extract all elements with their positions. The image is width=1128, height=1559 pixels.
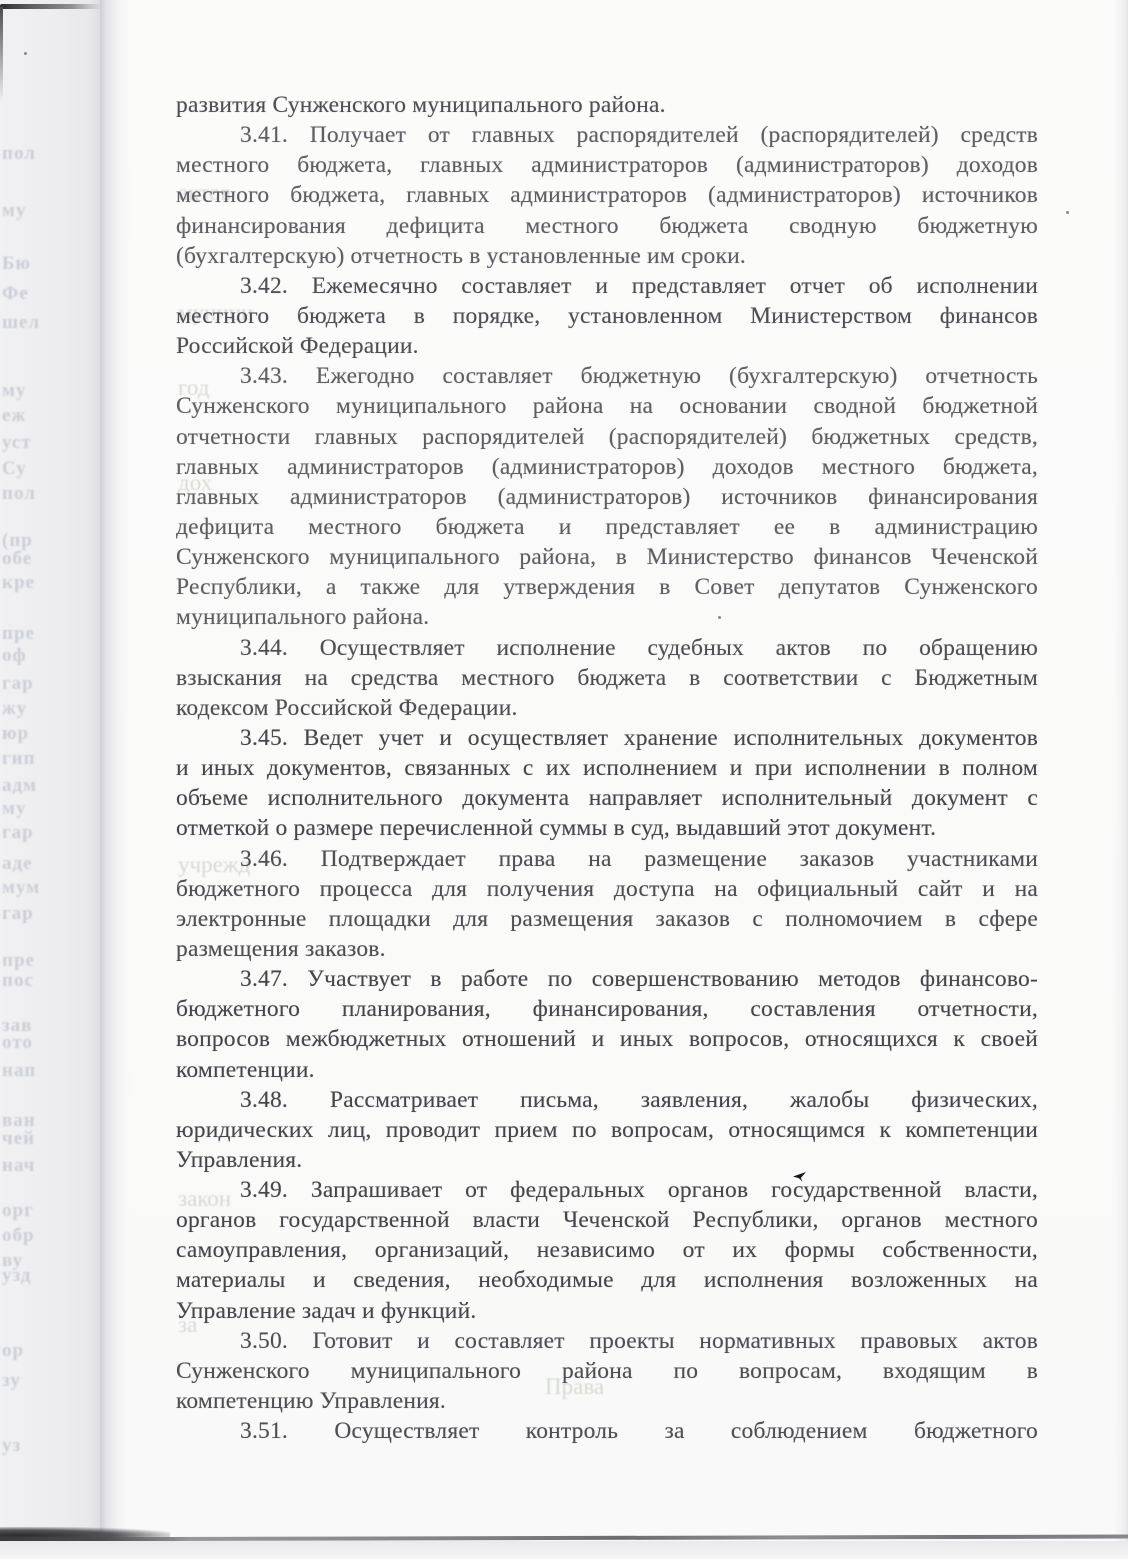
text-line: Сунженского муниципального района на осн… (176, 391, 1038, 421)
margin-bleed-fragment: мум (2, 877, 40, 899)
margin-bleed-fragment: пос (2, 970, 34, 992)
margin-bleed-fragment: жу (2, 698, 27, 720)
text-line: взыскания на средства местного бюджета в… (176, 663, 1038, 693)
margin-bleed-fragment: кре (2, 572, 35, 594)
text-line: вопросов межбюджетных отношений и иных в… (176, 1024, 1038, 1054)
margin-bleed-fragment: ор (2, 1340, 24, 1362)
margin-bleed-fragment: адм (2, 775, 37, 797)
text-line: 3.48. Рассматривает письма, заявления, ж… (176, 1085, 1038, 1115)
margin-bleed-fragment: юр (2, 723, 29, 745)
margin-bleed-fragment: уст (2, 432, 32, 454)
margin-bleed-fragment: Фе (2, 283, 29, 305)
text-line: кодексом Российской Федерации. (176, 693, 1038, 723)
speck-artifact (24, 52, 27, 55)
text-line: местного бюджета, главных администраторо… (176, 150, 1038, 180)
text-line: Управление задач и функций. (176, 1296, 1038, 1326)
margin-bleed-fragment: гар (2, 822, 34, 844)
text-line: бюджетного планирования, финансирования,… (176, 994, 1038, 1024)
text-line: (бухгалтерскую) отчетность в установленн… (176, 241, 1038, 271)
scan-top-edge-line (0, 4, 102, 9)
text-line: размещения заказов. (176, 934, 1038, 964)
page-right-edge-shading (1114, 0, 1128, 1559)
margin-bleed-fragment: пол (2, 143, 36, 165)
text-line: финансирования дефицита местного бюджета… (176, 211, 1038, 241)
text-line: отчетности главных распорядителей (распо… (176, 422, 1038, 452)
margin-bleed-fragment: еж (2, 405, 26, 427)
margin-bleed-fragment: зу (2, 1370, 21, 1392)
document-text: развития Сунженского муниципального райо… (176, 90, 1038, 1446)
text-line: 3.47. Участвует в работе по совершенство… (176, 964, 1038, 994)
text-line: главных администраторов (администраторов… (176, 452, 1038, 482)
speck-artifact (1066, 211, 1069, 214)
text-line: электронные площадки для размещения зака… (176, 904, 1038, 934)
margin-bleed-fragment: нач (2, 1155, 35, 1177)
margin-bleed-fragment: чей (2, 1128, 35, 1150)
text-line: 3.43. Ежегодно составляет бюджетную (бух… (176, 361, 1038, 391)
text-line: 3.45. Ведет учет и осуществляет хранение… (176, 723, 1038, 753)
text-line: Сунженского муниципального района по воп… (176, 1356, 1038, 1386)
margin-bleed-fragment: шел (2, 312, 40, 334)
margin-bleed-fragment: Су (2, 458, 27, 480)
margin-bleed-fragment: пол (2, 483, 36, 505)
margin-bleed-fragment: гар (2, 903, 34, 925)
text-line: Российской Федерации. (176, 331, 1038, 361)
margin-bleed-fragment: му (2, 200, 26, 222)
text-line: компетенции. (176, 1055, 1038, 1085)
scan-left-edge-line (0, 7, 3, 102)
text-line: главных администраторов (администраторов… (176, 482, 1038, 512)
page-fold-shadow (100, 0, 130, 1559)
margin-bleed-fragment: му (2, 798, 26, 820)
margin-bleed-fragment: пре (2, 623, 35, 645)
margin-bleed-fragment: обе (2, 548, 32, 570)
text-line: бюджетного процесса для получения доступ… (176, 874, 1038, 904)
text-line: материалы и сведения, необходимые для ис… (176, 1265, 1038, 1295)
text-line: объеме исполнительного документа направл… (176, 783, 1038, 813)
text-line: отметкой о размере перечисленной суммы в… (176, 813, 1038, 843)
text-line: муниципального района. (176, 602, 1038, 632)
scan-bottom-strip (0, 1541, 1128, 1559)
text-line: 3.51. Осуществляет контроль за соблюдени… (176, 1416, 1038, 1446)
text-line: развития Сунженского муниципального райо… (176, 90, 1038, 120)
speck-artifact (718, 616, 721, 619)
text-line: местного бюджета, главных администраторо… (176, 180, 1038, 210)
text-line: и иных документов, связанных с их исполн… (176, 753, 1038, 783)
margin-bleed-fragment: оф (2, 645, 27, 667)
margin-bleed-fragment: ото (2, 1032, 33, 1054)
text-line: 3.49. Запрашивает от федеральных органов… (176, 1175, 1038, 1205)
text-line: Сунженского муниципального района, в Мин… (176, 542, 1038, 572)
text-line: 3.50. Готовит и составляет проекты норма… (176, 1326, 1038, 1356)
margin-bleed-fragment: пре (2, 950, 35, 972)
margin-bleed-fragment: гип (2, 748, 36, 770)
text-line: 3.46. Подтверждает права на размещение з… (176, 844, 1038, 874)
text-line: 3.42. Ежемесячно составляет и представля… (176, 271, 1038, 301)
text-line: Управления. (176, 1145, 1038, 1175)
margin-bleed-fragment: обр (2, 1225, 35, 1247)
text-line: дефицита местного бюджета и представляет… (176, 512, 1038, 542)
text-line: юридических лиц, проводит прием по вопро… (176, 1115, 1038, 1145)
text-line: самоуправления, организаций, независимо … (176, 1235, 1038, 1265)
margin-bleed-fragment: нап (2, 1060, 36, 1082)
margin-bleed-fragment: уз (2, 1435, 21, 1457)
margin-bleed-fragment: Бю (2, 253, 31, 275)
margin-bleed-fragment: аде (2, 853, 33, 875)
text-line: компетенцию Управления. (176, 1386, 1038, 1416)
margin-bleed-fragment: орг (2, 1200, 34, 1222)
margin-bleed-fragment: узд (2, 1265, 31, 1287)
text-line: 3.41. Получает от главных распорядителей… (176, 120, 1038, 150)
text-line: Республики, а также для утверждения в Со… (176, 572, 1038, 602)
text-line: местного бюджета в порядке, установленно… (176, 301, 1038, 331)
margin-bleed-fragment: гар (2, 673, 34, 695)
text-line: органов государственной власти Чеченской… (176, 1205, 1038, 1235)
margin-bleed-fragment: му (2, 380, 26, 402)
text-line: 3.44. Осуществляет исполнение судебных а… (176, 633, 1038, 663)
